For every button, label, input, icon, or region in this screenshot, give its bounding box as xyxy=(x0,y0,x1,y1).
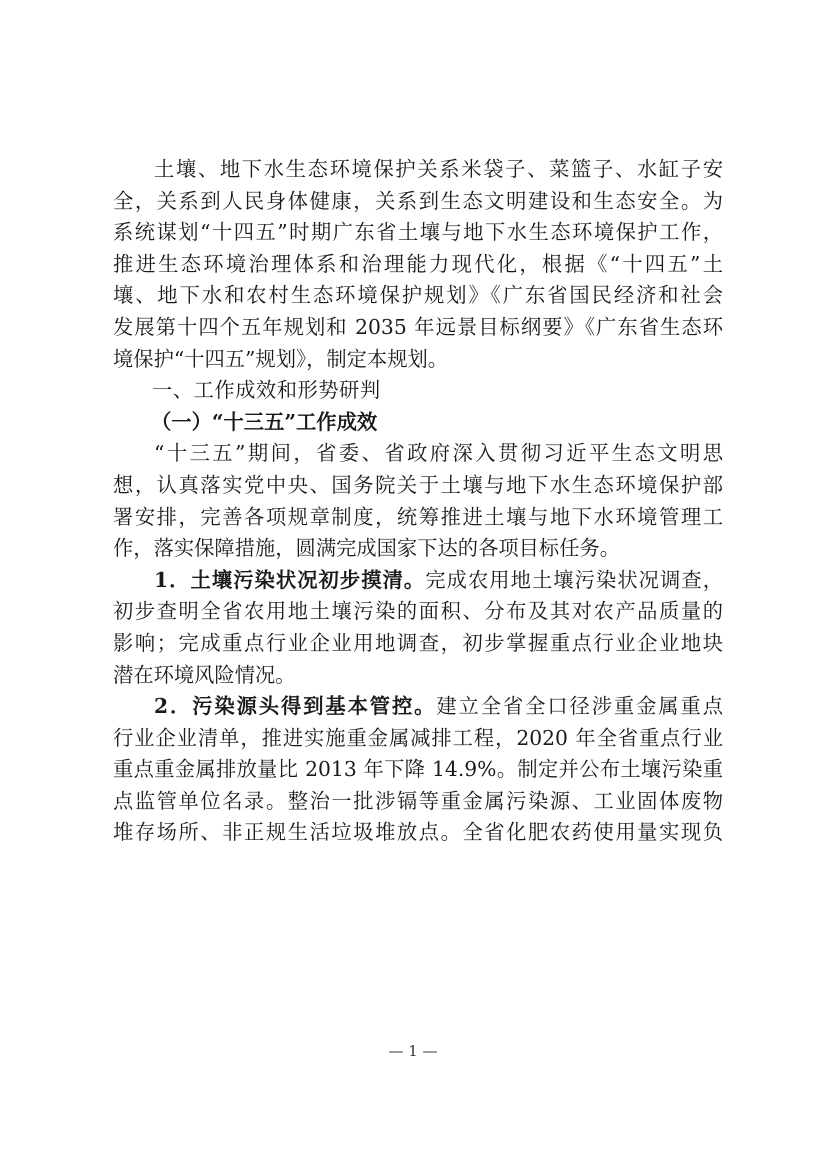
text-line: 土壤、地下水生态环境保护关系米袋子、菜篮子、水缸子安 xyxy=(113,154,723,186)
summary-paragraph: “十三五”期间，省委、省政府深入贯彻习近平生态文明思 想，认真落实党中央、国务院… xyxy=(113,438,723,564)
text-line: 境保护“十四五”规划》，制定本规划。 xyxy=(113,344,723,376)
document-page: 土壤、地下水生态环境保护关系米袋子、菜篮子、水缸子安 全，关系到人民身体健康，关… xyxy=(113,154,723,849)
numbered-item-2: 2．污染源头得到基本管控。建立全省全口径涉重金属重点 行业企业清单，推进实施重金… xyxy=(113,691,723,849)
numbered-item-1: 1．土壤污染状况初步摸清。完成农用地土壤污染状况调查， 初步查明全省农用地土壤污… xyxy=(113,565,723,691)
text-line: 初步查明全省农用地土壤污染的面积、分布及其对农产品质量的 xyxy=(113,596,723,628)
text-line: 系统谋划“十四五”时期广东省土壤与地下水生态环境保护工作， xyxy=(113,217,723,249)
text-line: 作，落实保障措施，圆满完成国家下达的各项目标任务。 xyxy=(113,533,723,565)
text-line: 重点重金属排放量比 2013 年下降 14.9%。制定并公布土壤污染重 xyxy=(113,754,723,786)
text-line: 1．土壤污染状况初步摸清。完成农用地土壤污染状况调查， xyxy=(113,565,723,597)
text-line: 署安排，完善各项规章制度，统筹推进土壤与地下水环境管理工 xyxy=(113,502,723,534)
text-line: 想，认真落实党中央、国务院关于土壤与地下水生态环境保护部 xyxy=(113,470,723,502)
subsection-heading: （一）“十三五”工作成效 xyxy=(113,407,723,439)
text-line: 壤、地下水和农村生态环境保护规划》《广东省国民经济和社会 xyxy=(113,280,723,312)
text-line: 堆存场所、非正规生活垃圾堆放点。全省化肥农药使用量实现负 xyxy=(113,817,723,849)
item-title: 1．土壤污染状况初步摸清。 xyxy=(154,568,425,592)
text-line: “十三五”期间，省委、省政府深入贯彻习近平生态文明思 xyxy=(113,438,723,470)
intro-paragraph: 土壤、地下水生态环境保护关系米袋子、菜篮子、水缸子安 全，关系到人民身体健康，关… xyxy=(113,154,723,375)
item-title: 2．污染源头得到基本管控。 xyxy=(154,694,436,718)
item-text: 建立全省全口径涉重金属重点 xyxy=(436,694,723,718)
text-line: 发展第十四个五年规划和 2035 年远景目标纲要》《广东省生态环 xyxy=(113,312,723,344)
text-line: 点监管单位名录。整治一批涉镉等重金属污染源、工业固体废物 xyxy=(113,786,723,818)
text-line: 推进生态环境治理体系和治理能力现代化，根据《“十四五”土 xyxy=(113,249,723,281)
section-heading: 一、工作成效和形势研判 xyxy=(113,375,723,407)
page-number: — 1 — xyxy=(0,1042,826,1060)
text-line: 全，关系到人民身体健康，关系到生态文明建设和生态安全。为 xyxy=(113,186,723,218)
text-line: 潜在环境风险情况。 xyxy=(113,660,723,692)
text-line: 2．污染源头得到基本管控。建立全省全口径涉重金属重点 xyxy=(113,691,723,723)
item-text: 完成农用地土壤污染状况调查， xyxy=(425,568,723,592)
text-line: 影响；完成重点行业企业用地调查，初步掌握重点行业企业地块 xyxy=(113,628,723,660)
text-line: 行业企业清单，推进实施重金属减排工程，2020 年全省重点行业 xyxy=(113,723,723,755)
